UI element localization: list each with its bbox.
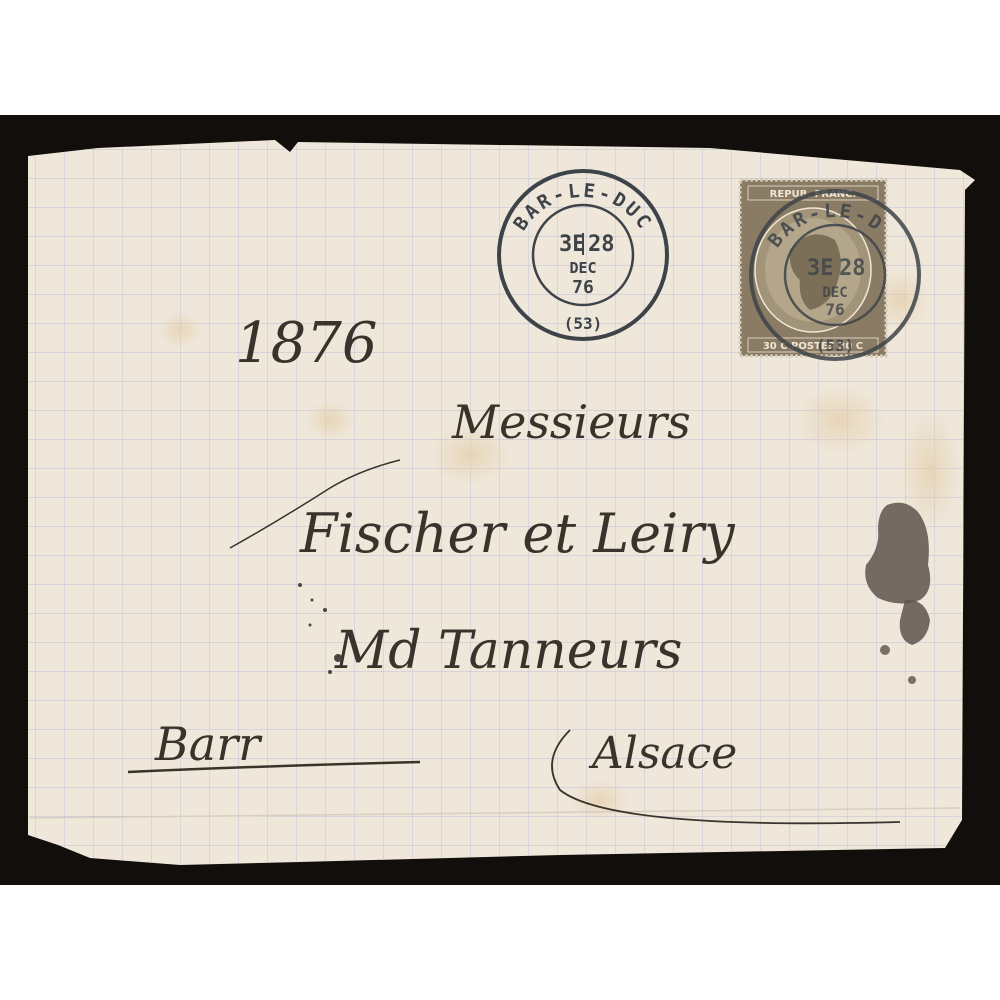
- postmark-stamp-year: 76: [825, 300, 844, 319]
- postmark-stamp-month: DEC: [822, 285, 847, 301]
- paper-sheet: [0, 0, 1000, 1000]
- postmark-month: DEC: [569, 259, 596, 277]
- postmark-stamp-day: 28: [839, 256, 866, 281]
- address-salutation: Messieurs: [451, 395, 691, 449]
- docket-year-note: 1876: [235, 311, 378, 376]
- postmark-time: 3E: [559, 232, 586, 257]
- postmark-stamp-department: (53): [816, 336, 855, 355]
- address-region: Alsace: [588, 728, 737, 779]
- address-care-of: Md Tanneurs: [334, 621, 683, 681]
- postmark-stamp-time: 3E: [807, 256, 834, 281]
- svg-text:1876: 1876: [235, 311, 378, 376]
- postmark-day: 28: [588, 232, 615, 257]
- address-city: Barr: [154, 717, 263, 771]
- postmark-year: 76: [572, 277, 594, 298]
- postmark-department: (53): [564, 314, 603, 333]
- address-name: Fischer et Leiry: [299, 502, 736, 565]
- envelope-photo: 1876 BAR-LE-DUC 3E 28 DEC 76 (53) REPUB.…: [0, 0, 1000, 1000]
